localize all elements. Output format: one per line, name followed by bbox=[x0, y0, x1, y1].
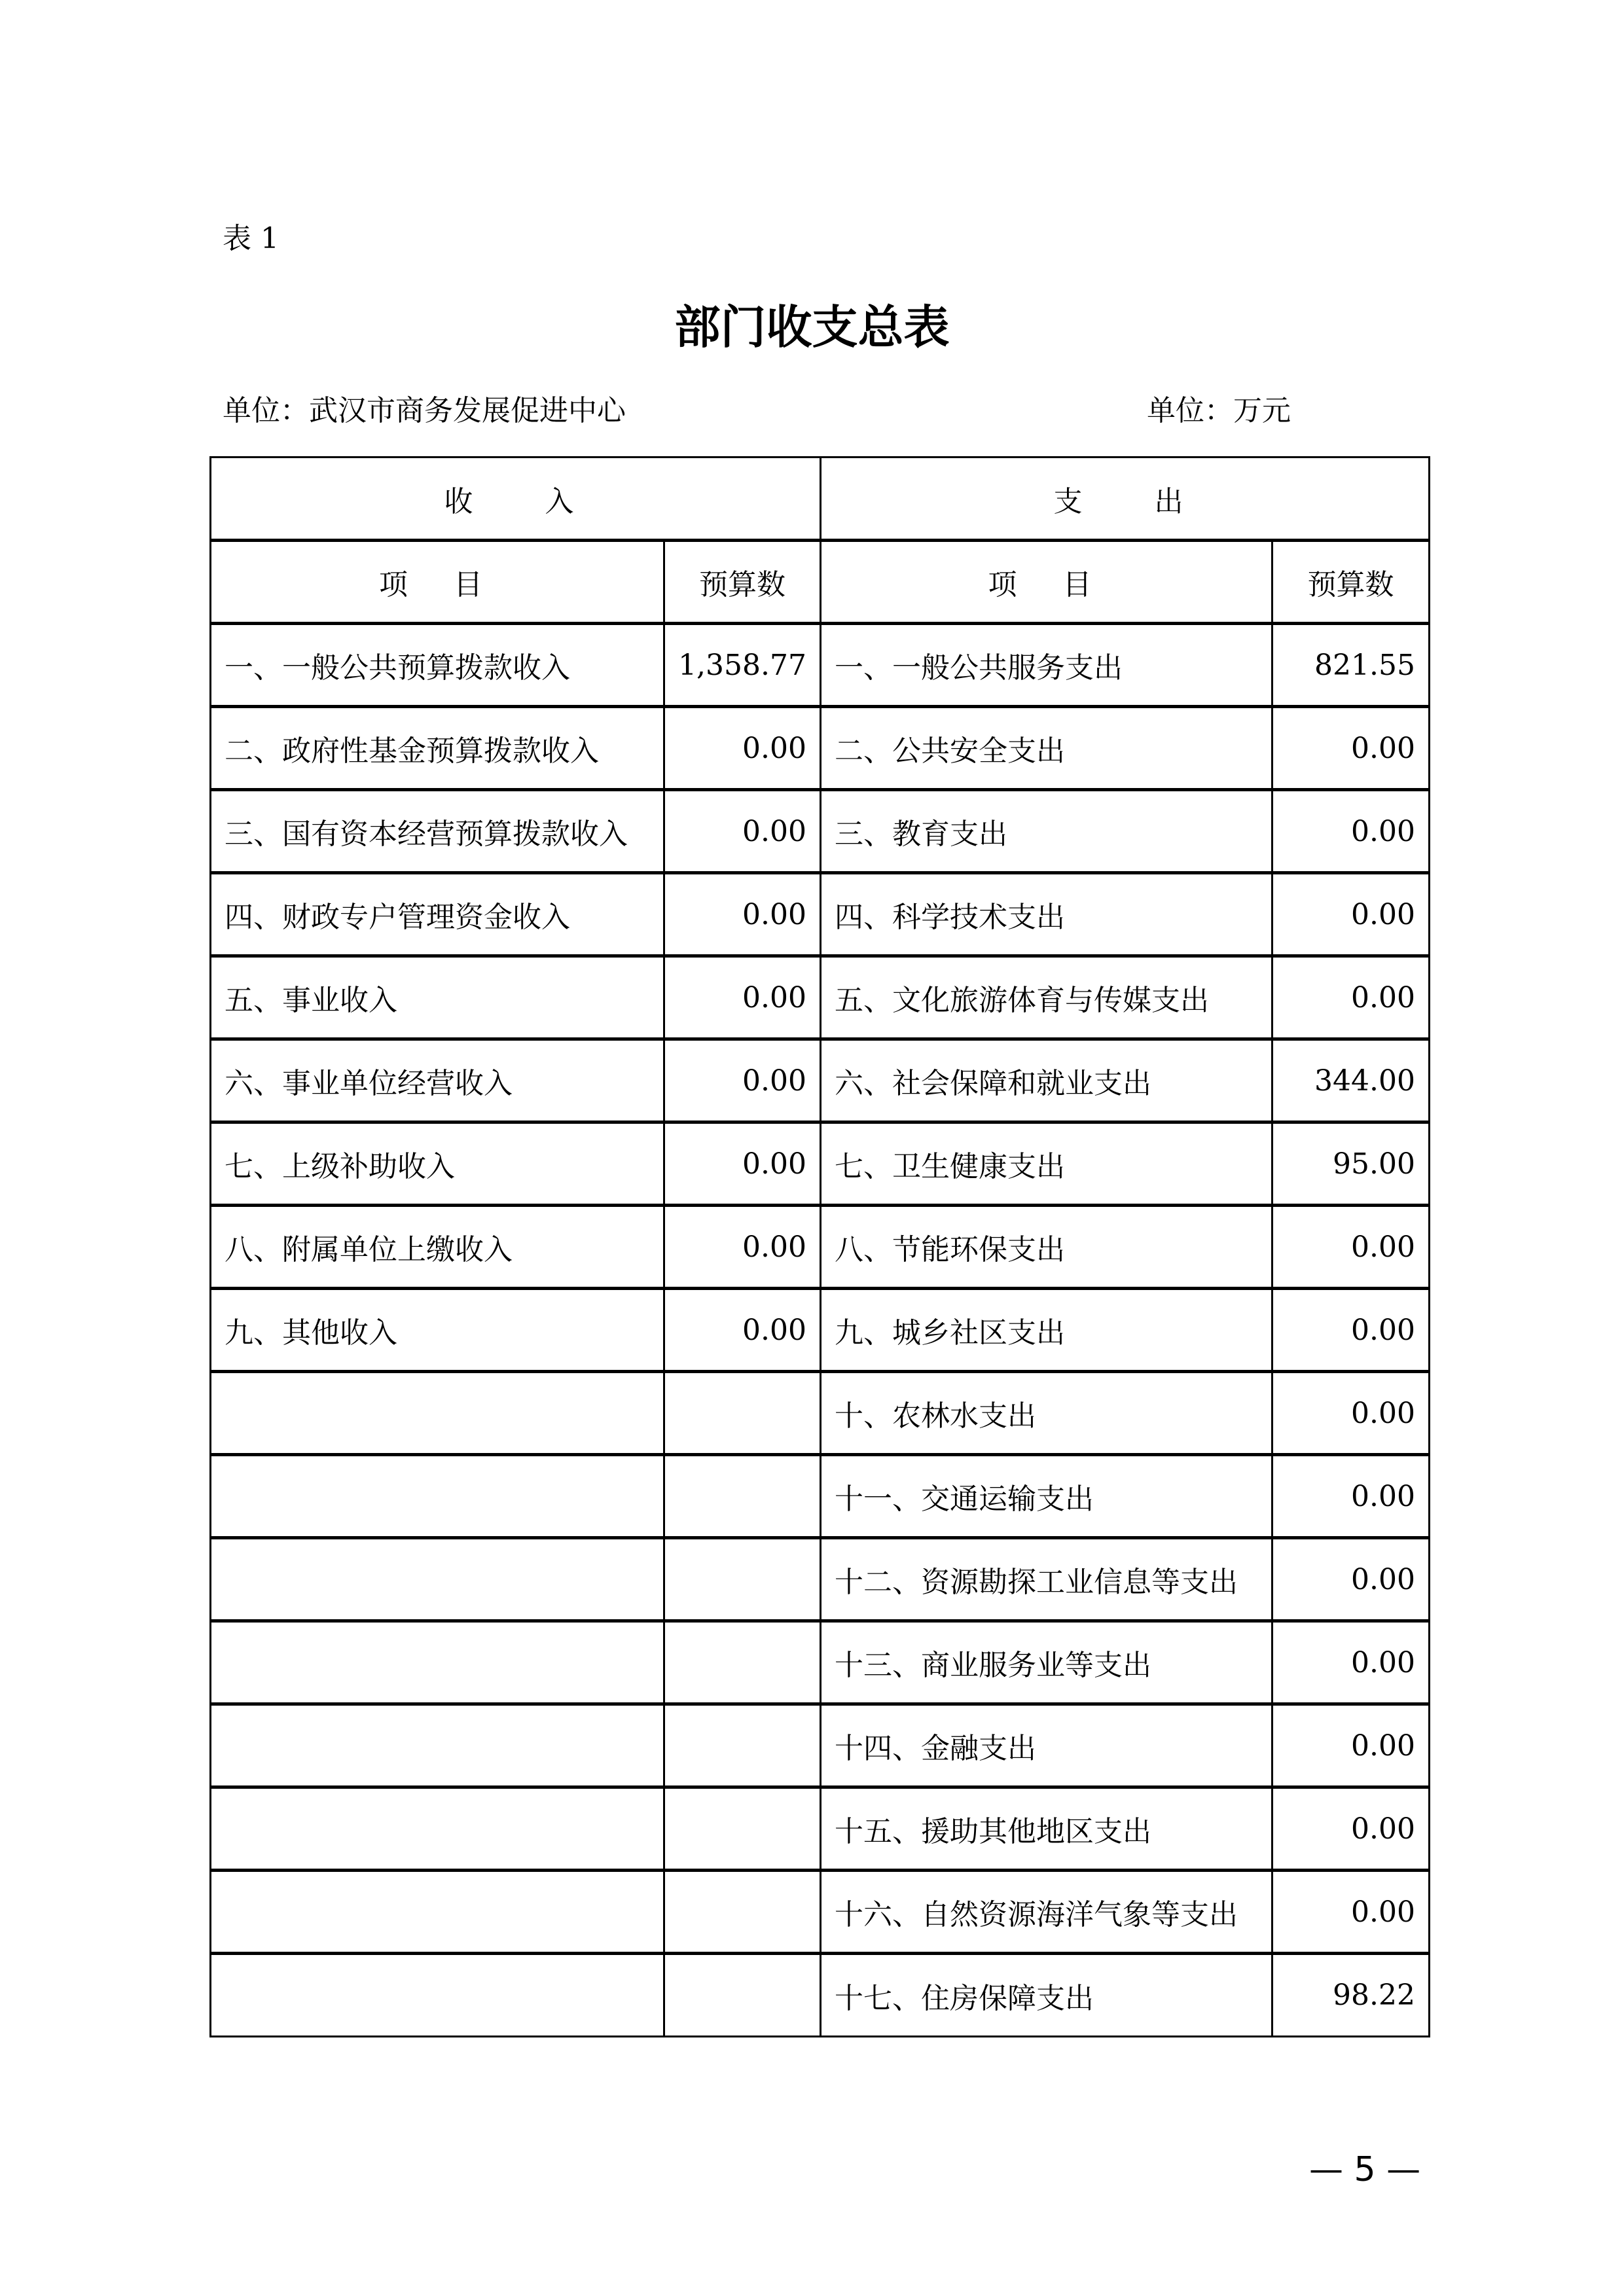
income-item-cell: 四、财政专户管理资金收入 bbox=[211, 873, 664, 956]
table-row: 一、一般公共预算拨款收入1,358.77一、一般公共服务支出821.55 bbox=[211, 624, 1430, 707]
expense-item-cell: 十二、资源勘探工业信息等支出 bbox=[821, 1538, 1272, 1621]
expense-item-cell: 十六、自然资源海洋气象等支出 bbox=[821, 1871, 1272, 1954]
expense-value-cell: 0.00 bbox=[1272, 707, 1430, 790]
page-title: 部门收支总表 bbox=[0, 298, 1624, 357]
income-item-cell bbox=[211, 1954, 664, 2037]
income-item-cell: 一、一般公共预算拨款收入 bbox=[211, 624, 664, 707]
income-item-cell bbox=[211, 1621, 664, 1704]
table-row: 十三、商业服务业等支出0.00 bbox=[211, 1621, 1430, 1704]
expense-value-cell: 0.00 bbox=[1272, 1621, 1430, 1704]
header-income-item: 项目 bbox=[211, 541, 664, 624]
table-row: 十二、资源勘探工业信息等支出0.00 bbox=[211, 1538, 1430, 1621]
table-row: 九、其他收入0.00九、城乡社区支出0.00 bbox=[211, 1289, 1430, 1372]
expense-item-cell: 四、科学技术支出 bbox=[821, 873, 1272, 956]
expense-value-cell: 0.00 bbox=[1272, 1787, 1430, 1871]
income-value-cell: 0.00 bbox=[664, 707, 821, 790]
income-value-cell bbox=[664, 1954, 821, 2037]
table-row: 三、国有资本经营预算拨款收入0.00三、教育支出0.00 bbox=[211, 790, 1430, 873]
income-value-cell: 0.00 bbox=[664, 1039, 821, 1122]
expense-value-cell: 0.00 bbox=[1272, 956, 1430, 1039]
income-value-cell bbox=[664, 1621, 821, 1704]
income-value-cell bbox=[664, 1704, 821, 1787]
header-income-budget: 预算数 bbox=[664, 541, 821, 624]
header-expense-budget: 预算数 bbox=[1272, 541, 1430, 624]
income-item-cell: 八、附属单位上缴收入 bbox=[211, 1206, 664, 1289]
table-row: 二、政府性基金预算拨款收入0.00二、公共安全支出0.00 bbox=[211, 707, 1430, 790]
expense-value-cell: 98.22 bbox=[1272, 1954, 1430, 2037]
income-value-cell bbox=[664, 1787, 821, 1871]
income-item-cell: 七、上级补助收入 bbox=[211, 1122, 664, 1206]
table-row: 十六、自然资源海洋气象等支出0.00 bbox=[211, 1871, 1430, 1954]
expense-value-cell: 0.00 bbox=[1272, 1372, 1430, 1455]
income-value-cell: 0.00 bbox=[664, 790, 821, 873]
expense-item-cell: 十三、商业服务业等支出 bbox=[821, 1621, 1272, 1704]
budget-summary-table: 收入 支出 项目 预算数 项目 预算数 一、一般公共预算拨款收入1,358.77… bbox=[209, 456, 1430, 2037]
expense-value-cell: 0.00 bbox=[1272, 1538, 1430, 1621]
income-value-cell: 0.00 bbox=[664, 956, 821, 1039]
table-row: 十七、住房保障支出98.22 bbox=[211, 1954, 1430, 2037]
expense-value-cell: 0.00 bbox=[1272, 1455, 1430, 1538]
expense-item-cell: 七、卫生健康支出 bbox=[821, 1122, 1272, 1206]
expense-item-cell: 二、公共安全支出 bbox=[821, 707, 1272, 790]
expense-item-cell: 三、教育支出 bbox=[821, 790, 1272, 873]
income-item-cell bbox=[211, 1372, 664, 1455]
expense-item-cell: 十五、援助其他地区支出 bbox=[821, 1787, 1272, 1871]
income-item-cell: 三、国有资本经营预算拨款收入 bbox=[211, 790, 664, 873]
expense-value-cell: 821.55 bbox=[1272, 624, 1430, 707]
expense-value-cell: 0.00 bbox=[1272, 1289, 1430, 1372]
expense-value-cell: 95.00 bbox=[1272, 1122, 1430, 1206]
header-expense-item: 项目 bbox=[821, 541, 1272, 624]
header-expense: 支出 bbox=[821, 457, 1430, 541]
income-value-cell: 0.00 bbox=[664, 873, 821, 956]
expense-item-cell: 十、农林水支出 bbox=[821, 1372, 1272, 1455]
table-row: 六、事业单位经营收入0.00六、社会保障和就业支出344.00 bbox=[211, 1039, 1430, 1122]
expense-item-cell: 十四、金融支出 bbox=[821, 1704, 1272, 1787]
income-item-cell: 二、政府性基金预算拨款收入 bbox=[211, 707, 664, 790]
income-item-cell bbox=[211, 1538, 664, 1621]
table-row: 五、事业收入0.00五、文化旅游体育与传媒支出0.00 bbox=[211, 956, 1430, 1039]
expense-item-cell: 六、社会保障和就业支出 bbox=[821, 1039, 1272, 1122]
expense-value-cell: 0.00 bbox=[1272, 1206, 1430, 1289]
income-item-cell bbox=[211, 1787, 664, 1871]
income-item-cell bbox=[211, 1455, 664, 1538]
unit-currency: 单位：万元 bbox=[1147, 391, 1291, 431]
expense-item-cell: 一、一般公共服务支出 bbox=[821, 624, 1272, 707]
expense-item-cell: 五、文化旅游体育与传媒支出 bbox=[821, 956, 1272, 1039]
income-item-cell bbox=[211, 1704, 664, 1787]
header-income: 收入 bbox=[211, 457, 821, 541]
table-row: 十、农林水支出0.00 bbox=[211, 1372, 1430, 1455]
income-value-cell bbox=[664, 1538, 821, 1621]
income-value-cell: 1,358.77 bbox=[664, 624, 821, 707]
income-value-cell bbox=[664, 1455, 821, 1538]
expense-item-cell: 十七、住房保障支出 bbox=[821, 1954, 1272, 2037]
income-value-cell: 0.00 bbox=[664, 1206, 821, 1289]
expense-value-cell: 0.00 bbox=[1272, 790, 1430, 873]
expense-item-cell: 十一、交通运输支出 bbox=[821, 1455, 1272, 1538]
income-value-cell bbox=[664, 1372, 821, 1455]
page-number: — 5 — bbox=[1309, 2147, 1420, 2193]
table-row: 四、财政专户管理资金收入0.00四、科学技术支出0.00 bbox=[211, 873, 1430, 956]
income-item-cell: 六、事业单位经营收入 bbox=[211, 1039, 664, 1122]
expense-value-cell: 0.00 bbox=[1272, 1704, 1430, 1787]
table-row: 七、上级补助收入0.00七、卫生健康支出95.00 bbox=[211, 1122, 1430, 1206]
income-item-cell: 五、事业收入 bbox=[211, 956, 664, 1039]
table-label: 表 1 bbox=[223, 219, 279, 259]
expense-item-cell: 九、城乡社区支出 bbox=[821, 1289, 1272, 1372]
expense-value-cell: 0.00 bbox=[1272, 1871, 1430, 1954]
expense-item-cell: 八、节能环保支出 bbox=[821, 1206, 1272, 1289]
expense-value-cell: 0.00 bbox=[1272, 873, 1430, 956]
income-value-cell: 0.00 bbox=[664, 1289, 821, 1372]
table-row: 十四、金融支出0.00 bbox=[211, 1704, 1430, 1787]
table-row: 八、附属单位上缴收入0.00八、节能环保支出0.00 bbox=[211, 1206, 1430, 1289]
income-value-cell bbox=[664, 1871, 821, 1954]
expense-value-cell: 344.00 bbox=[1272, 1039, 1430, 1122]
income-item-cell bbox=[211, 1871, 664, 1954]
income-item-cell: 九、其他收入 bbox=[211, 1289, 664, 1372]
unit-organization: 单位：武汉市商务发展促进中心 bbox=[223, 391, 626, 431]
income-value-cell: 0.00 bbox=[664, 1122, 821, 1206]
table-row: 十五、援助其他地区支出0.00 bbox=[211, 1787, 1430, 1871]
table-row: 十一、交通运输支出0.00 bbox=[211, 1455, 1430, 1538]
